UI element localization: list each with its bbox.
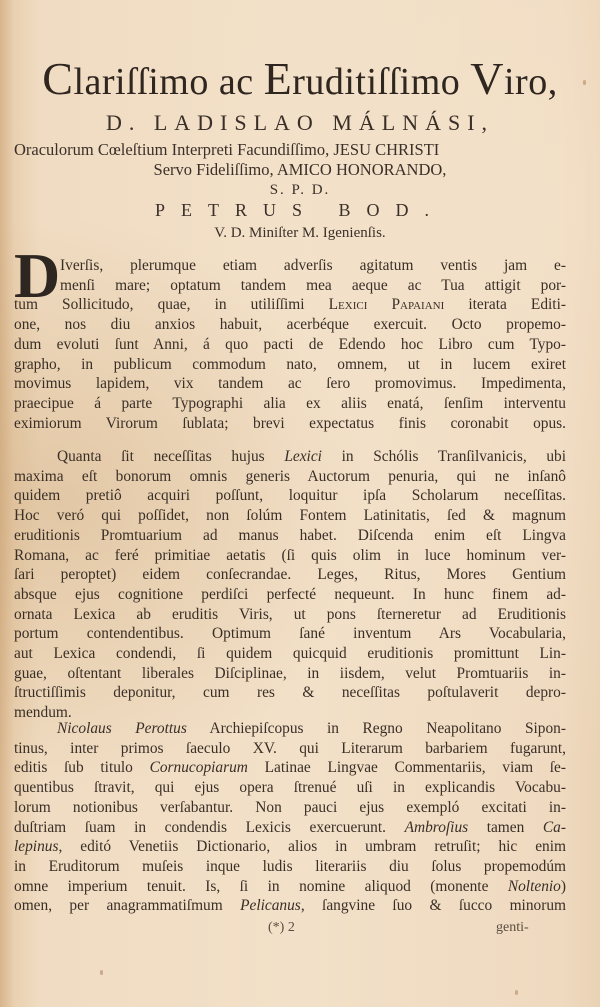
text-line: omne imperium tenuit. Is, ſi in nomine a… (14, 877, 566, 897)
text-line: portum contendentibus. Optimum ſané inve… (14, 624, 566, 644)
text-line: editis ſub titulo Cornucopiarum Latinae … (14, 758, 566, 778)
text-line: in Eruditorum muſeis inque ludis literar… (14, 857, 566, 877)
catchword: genti- (496, 920, 529, 936)
italic-term: Lexici (284, 448, 322, 465)
text-line: grapho, in publicum commodum nato, omnem… (14, 355, 566, 375)
text-line: tinus, inter primos ſaeculo XV. qui Lite… (14, 739, 566, 759)
paragraph-2: Quanta ſit neceſſitas hujus Lexici in Sc… (14, 447, 566, 723)
text-line: ſtructiſſimis deponitur, cum res & neceſ… (14, 683, 566, 703)
text-line: ornata Lexica ab eruditis Viris, ut pons… (14, 605, 566, 625)
text-line: tum Sollicitudo, quae, in utiliſſimi Lex… (14, 295, 566, 315)
text-line: quentibus ſtravit, qui ejus opera ſtrenu… (14, 778, 566, 798)
text-line: aut Lexica condendi, ſi quidem quicquid … (14, 644, 566, 664)
paper-stain (515, 990, 518, 995)
text-line: maxima eſt bonorum omnis generis Auctoru… (14, 467, 566, 487)
italic-term: Nicolaus Perottus (57, 720, 187, 737)
dedication-title: Clariſſimo ac Eruditiſſimo Viro, (0, 52, 600, 105)
text-line: omen, per anagrammatiſmum Pelicanus, ſan… (14, 896, 566, 916)
text-line: absque ejus cognitione perdiſci perfecté… (14, 585, 566, 605)
text-line: menſi mare; optatum tandem mea aeque ac … (14, 276, 566, 296)
italic-term: Cornucopiarum (150, 759, 248, 776)
text-line: Nicolaus Perottus Archiepiſcopus in Regn… (14, 719, 566, 739)
text-line: duſtriam ſuam in condendis Lexicis exerc… (14, 818, 566, 838)
text-line: praecipue á parte Typographi alia ex ali… (14, 394, 566, 414)
recipient-name: D. LADISLAO MÁLNÁSI, (0, 110, 600, 136)
text-line: Romana, ac feré primitiae aetatis (ſi qu… (14, 546, 566, 566)
text-line: one, nos diu anxios habuit, acerbéque ex… (14, 315, 566, 335)
paragraph-3: Nicolaus Perottus Archiepiſcopus in Regn… (14, 719, 566, 916)
small-caps-term: Lexici Papaiani (329, 296, 445, 313)
italic-term: Ambroſius (405, 819, 469, 836)
paragraph-1: Iverſis, plerumque etiam adverſis agitat… (14, 256, 566, 433)
recipient-epithet-line-2: Servo Fideliſſimo, AMICO HONORANDO, (0, 160, 600, 180)
recipient-epithet-line-1: Oraculorum Cœleſtium Interpreti Facundiſ… (14, 140, 574, 160)
italic-term: Ca- (543, 819, 566, 836)
text-line: lepinus, editó Venetiis Dictionario, ali… (14, 837, 566, 857)
italic-term: Pelicanus (240, 897, 301, 914)
text-line: eruditionis Promtuarium ad manus habet. … (14, 526, 566, 546)
text-line: Iverſis, plerumque etiam adverſis agitat… (14, 256, 566, 276)
author-title: V. D. Miniſter M. Igenienſis. (0, 225, 600, 242)
author-name: PETRUS BOD. (0, 200, 600, 221)
text-line: Hoc veró qui poſſidet, non ſolúm Fontem … (14, 506, 566, 526)
paper-stain (583, 80, 586, 85)
italic-term: Noltenio (508, 878, 561, 895)
text-line: lorum notionibus verſabantur. Non pauci … (14, 798, 566, 818)
text-line: dum evoluti ſunt Anni, á quo pacti de Ed… (14, 335, 566, 355)
text-line: Quanta ſit neceſſitas hujus Lexici in Sc… (14, 447, 566, 467)
paper-stain (100, 970, 103, 975)
text-line: guae, oſtentant liberales Diſciplinae, i… (14, 664, 566, 684)
text-line: ſari peroptet) eidem conſecrandae. Leges… (14, 565, 566, 585)
book-page: Clariſſimo ac Eruditiſſimo Viro, D. LADI… (0, 0, 600, 1007)
text-line: eximiorum Virorum ſublata; brevi expecta… (14, 414, 566, 434)
salutation: S. P. D. (0, 182, 600, 199)
italic-term: lepinus (14, 838, 58, 855)
text-line: quidem pretiô acquiri poſſunt, loquitur … (14, 486, 566, 506)
signature-mark: (*) 2 (268, 920, 295, 936)
text-line: movimus lapidem, vix tandem ac ſero prom… (14, 374, 566, 394)
